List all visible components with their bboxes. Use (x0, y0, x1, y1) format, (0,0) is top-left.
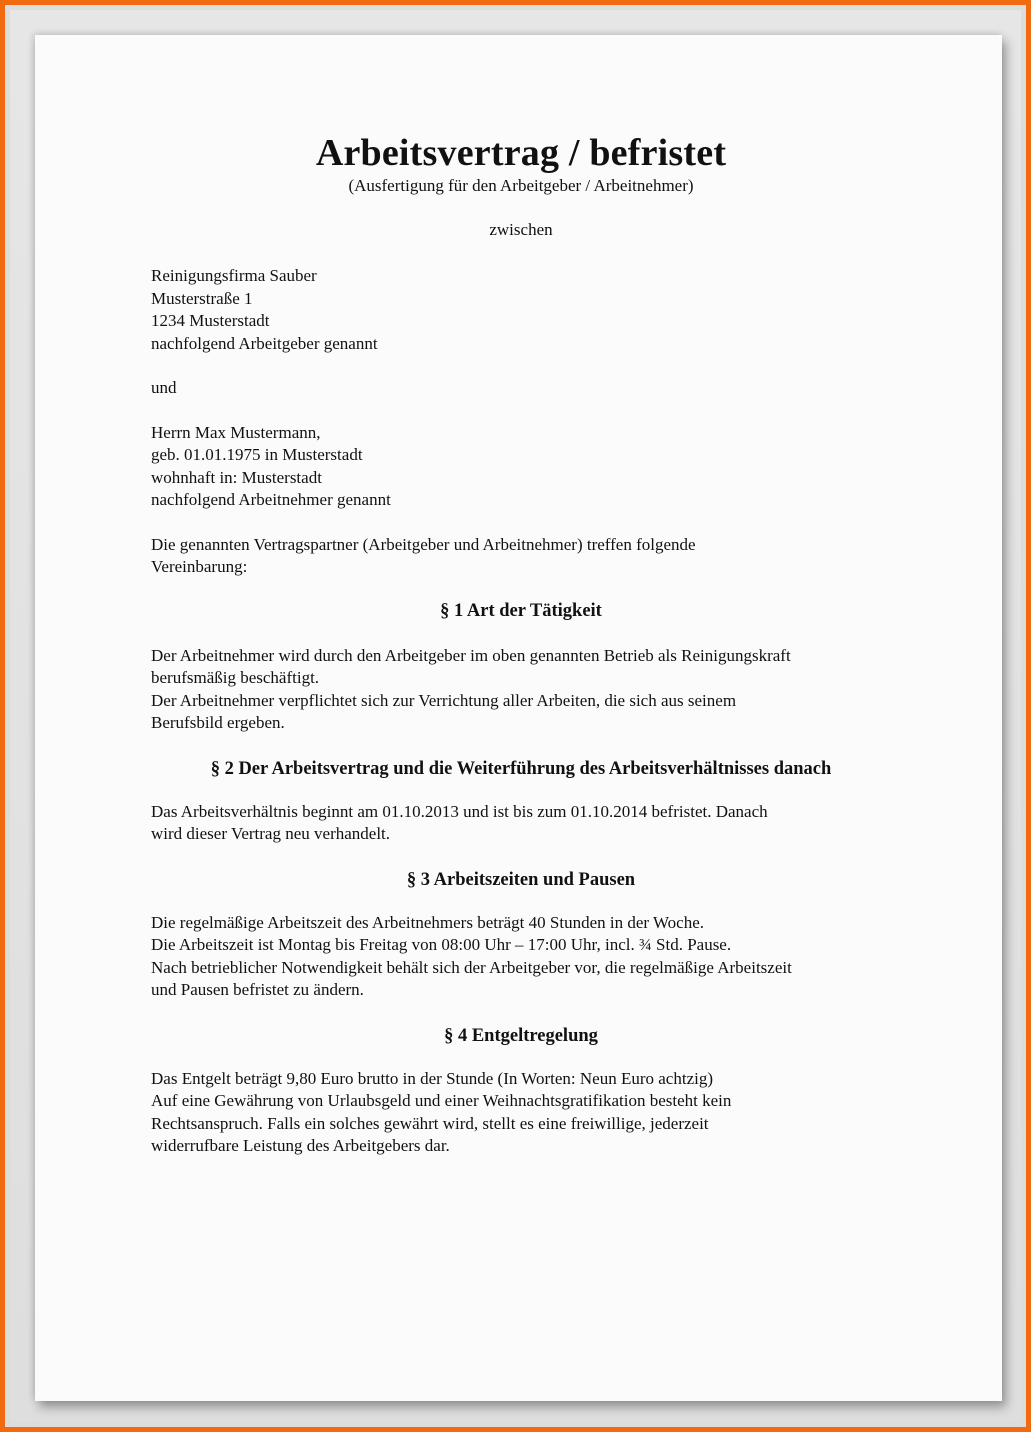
spacer (151, 1002, 891, 1024)
employer-line: Musterstraße 1 (151, 288, 891, 311)
employer-line: 1234 Musterstadt (151, 310, 891, 333)
spacer (151, 735, 891, 757)
section-line: und Pausen befristet zu ändern. (151, 979, 891, 1002)
section-line: Der Arbeitnehmer wird durch den Arbeitge… (151, 645, 891, 668)
image-frame: Arbeitsvertrag / befristet (Ausfertigung… (0, 0, 1031, 1432)
section-body-4: Das Entgelt beträgt 9,80 Euro brutto in … (151, 1068, 891, 1158)
intro-line: Vereinbarung: (151, 556, 891, 579)
employee-line: Herrn Max Mustermann, (151, 422, 891, 445)
section-heading-1: § 1 Art der Tätigkeit (151, 599, 891, 623)
section-line: Der Arbeitnehmer verpflichtet sich zur V… (151, 690, 891, 713)
spacer (151, 241, 891, 265)
employer-line: nachfolgend Arbeitgeber genannt (151, 333, 891, 356)
section-heading-3: § 3 Arbeitszeiten und Pausen (151, 868, 891, 892)
document-subtitle: (Ausfertigung für den Arbeitgeber / Arbe… (151, 175, 891, 197)
spacer (151, 623, 891, 645)
spacer (151, 579, 891, 599)
section-line: Auf eine Gewährung von Urlaubsgeld und e… (151, 1090, 891, 1113)
section-line: Die regelmäßige Arbeitszeit des Arbeitne… (151, 912, 891, 935)
section-body-2: Das Arbeitsverhältnis beginnt am 01.10.2… (151, 801, 891, 846)
spacer (151, 512, 891, 534)
intro-paragraph: Die genannten Vertragspartner (Arbeitgeb… (151, 534, 891, 579)
section-line: Das Arbeitsverhältnis beginnt am 01.10.2… (151, 801, 891, 824)
employee-line: geb. 01.01.1975 in Musterstadt (151, 444, 891, 467)
section-line: Nach betrieblicher Notwendigkeit behält … (151, 957, 891, 980)
section-heading-4: § 4 Entgeltregelung (151, 1024, 891, 1048)
section-line: berufsmäßig beschäftigt. (151, 667, 891, 690)
spacer (151, 892, 891, 912)
employee-line: nachfolgend Arbeitnehmer genannt (151, 489, 891, 512)
spacer (151, 846, 891, 868)
section-line: Das Entgelt beträgt 9,80 Euro brutto in … (151, 1068, 891, 1091)
document-title: Arbeitsvertrag / befristet (151, 131, 891, 175)
employer-address: Reinigungsfirma Sauber Musterstraße 1 12… (151, 265, 891, 355)
document-content: Arbeitsvertrag / befristet (Ausfertigung… (151, 131, 891, 1158)
spacer (151, 781, 891, 801)
section-line: wird dieser Vertrag neu verhandelt. (151, 823, 891, 846)
employee-line: wohnhaft in: Musterstadt (151, 467, 891, 490)
section-body-1: Der Arbeitnehmer wird durch den Arbeitge… (151, 645, 891, 735)
section-line: widerrufbare Leistung des Arbeitgebers d… (151, 1135, 891, 1158)
employee-address: Herrn Max Mustermann, geb. 01.01.1975 in… (151, 422, 891, 512)
spacer (151, 400, 891, 422)
employer-line: Reinigungsfirma Sauber (151, 265, 891, 288)
between-label: zwischen (151, 219, 891, 241)
intro-line: Die genannten Vertragspartner (Arbeitgeb… (151, 534, 891, 557)
section-line: Berufsbild ergeben. (151, 712, 891, 735)
spacer (151, 355, 891, 377)
section-line: Die Arbeitszeit ist Montag bis Freitag v… (151, 934, 891, 957)
section-body-3: Die regelmäßige Arbeitszeit des Arbeitne… (151, 912, 891, 1002)
and-label: und (151, 377, 891, 400)
spacer (151, 1048, 891, 1068)
section-line: Rechtsanspruch. Falls ein solches gewähr… (151, 1113, 891, 1136)
document-page: Arbeitsvertrag / befristet (Ausfertigung… (35, 35, 1002, 1401)
section-heading-2: § 2 Der Arbeitsvertrag und die Weiterfüh… (151, 757, 891, 781)
